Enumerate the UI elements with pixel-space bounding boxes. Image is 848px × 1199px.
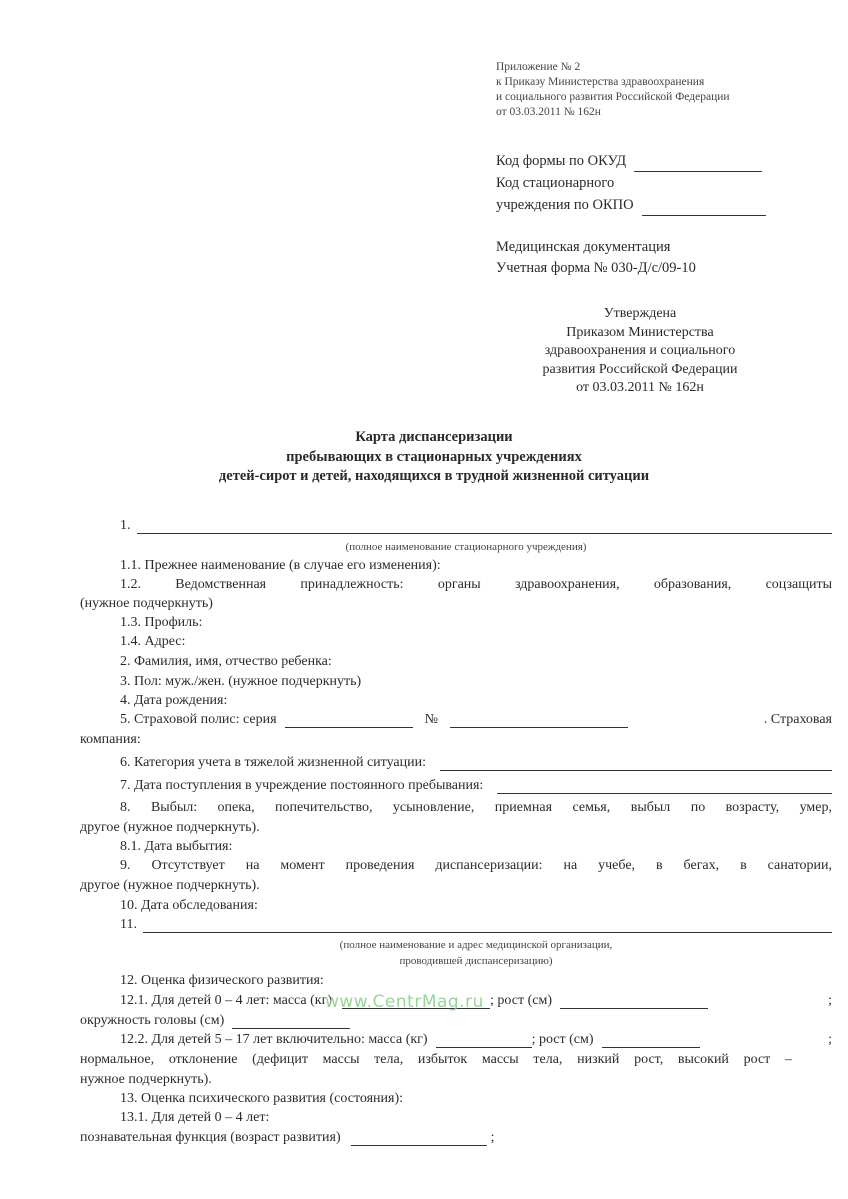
appendix-line: и социального развития Российской Федера… [496,90,730,105]
hardship-category-field[interactable] [440,756,832,771]
okpo-label-2: учреждения по ОКПО [496,194,634,216]
field-11-row: 11. [80,917,832,933]
field-9a: 9. Отсутствует на момент проведения дисп… [80,858,832,874]
field-1-number: 1. [120,518,131,534]
field-1-row: 1. [80,518,832,534]
meddoc-line2: Учетная форма № 030-Д/с/09-10 [496,258,696,279]
field-11-number: 11. [120,917,137,933]
field-1-1: 1.1. Прежнее наименование (в случае его … [80,558,832,574]
okpo-field[interactable] [642,201,766,216]
watermark: www.CentrMag.ru [325,992,484,1012]
field-12-2c: нужное подчеркнуть). [80,1072,792,1088]
field-12-2-height-label: ; рост (см) [532,1032,594,1048]
height-5-17-field[interactable] [602,1034,700,1048]
field-2: 2. Фамилия, имя, отчество ребенка: [80,654,832,670]
field-10: 10. Дата обследования: [80,898,832,914]
title-line: Карта диспансеризации [60,428,808,448]
title-line: детей-сирот и детей, находящихся в трудн… [60,467,808,487]
field-8a: 8. Выбыл: опека, попечительство, усыновл… [80,800,832,816]
form-codes: Код формы по ОКУД Код стационарного учре… [496,150,766,216]
approval-line: от 03.03.2011 № 162н [500,379,780,398]
appendix-line: к Приказу Министерства здравоохранения [496,75,730,90]
approval-line: развития Российской Федерации [500,361,780,380]
field-1-4: 1.4. Адрес: [80,634,832,650]
head-circumference-field[interactable] [232,1015,350,1029]
field-13-1: 13.1. Для детей 0 – 4 лет: [80,1110,832,1126]
field-6-label: 6. Категория учета в тяжелой жизненной с… [120,755,426,771]
field-12-1-height-label: ; рост (см) [490,993,552,1009]
field-5-row: 5. Страховой полис: серия № . Страховая [80,712,832,728]
field-5-tail: . Страховая [764,712,832,728]
field-12-2-end: ; [828,1032,832,1048]
field-7-label: 7. Дата поступления в учреждение постоян… [120,778,483,794]
approval-line: Приказом Министерства [500,324,780,343]
field-13-1-end: ; [491,1130,495,1146]
field-1-3: 1.3. Профиль: [80,615,832,631]
field-12-1-head-row: окружность головы (см) [80,1013,792,1029]
field-6-row: 6. Категория учета в тяжелой жизненной с… [80,755,832,771]
field-8b: другое (нужное подчеркнуть). [80,820,792,836]
meddoc-line1: Медицинская документация [496,237,696,258]
okud-field[interactable] [634,157,762,172]
field-12-2b: нормальное, отклонение (дефицит массы те… [80,1052,792,1068]
field-12-2-row: 12.2. Для детей 5 – 17 лет включительно:… [80,1032,832,1048]
field-1-caption: (полное наименование стационарного учреж… [80,541,822,553]
approval-block: Утверждена Приказом Министерства здравоо… [500,305,780,398]
field-9b: другое (нужное подчеркнуть). [80,878,792,894]
institution-name-field[interactable] [137,519,833,534]
document-title: Карта диспансеризации пребывающих в стац… [60,428,808,487]
appendix-line: от 03.03.2011 № 162н [496,105,730,120]
field-12: 12. Оценка физического развития: [80,973,832,989]
field-13: 13. Оценка психического развития (состоя… [80,1091,832,1107]
field-13-1-cog-label: познавательная функция (возраст развития… [80,1130,341,1146]
field-4: 4. Дата рождения: [80,693,832,709]
field-12-1-label: 12.1. Для детей 0 – 4 лет: масса (кг) [120,993,332,1009]
okud-label: Код формы по ОКУД [496,150,626,172]
height-0-4-field[interactable] [560,995,708,1009]
admission-date-field[interactable] [497,779,832,794]
appendix-line: Приложение № 2 [496,60,730,75]
medical-org-field[interactable] [143,918,832,933]
okpo-label-1: Код стационарного [496,172,614,194]
policy-series-field[interactable] [285,714,413,728]
field-1-2b: (нужное подчеркнуть) [80,596,792,612]
approval-line: здравоохранения и социального [500,342,780,361]
field-8-1: 8.1. Дата выбытия: [80,839,832,855]
field-7-row: 7. Дата поступления в учреждение постоян… [80,778,832,794]
weight-5-17-field[interactable] [436,1034,532,1048]
field-5-tail2: компания: [80,732,792,748]
field-11-caption1: (полное наименование и адрес медицинской… [80,939,832,951]
appendix-note: Приложение № 2 к Приказу Министерства зд… [496,60,730,120]
policy-number-field[interactable] [450,714,628,728]
medical-documentation: Медицинская документация Учетная форма №… [496,237,696,279]
cognitive-function-field[interactable] [351,1132,487,1146]
field-13-1-cog-row: познавательная функция (возраст развития… [80,1130,792,1146]
field-5-no: № [425,712,438,728]
field-12-2-label: 12.2. Для детей 5 – 17 лет включительно:… [120,1032,428,1048]
field-3: 3. Пол: муж./жен. (нужное подчеркнуть) [80,674,832,690]
approval-line: Утверждена [500,305,780,324]
field-11-caption2: проводившей диспансеризацию) [80,955,832,967]
field-12-1-head-label: окружность головы (см) [80,1013,224,1029]
field-1-2a: 1.2. Ведомственная принадлежность: орган… [80,577,832,593]
field-12-1-end: ; [828,993,832,1009]
field-5-label: 5. Страховой полис: серия [120,712,277,728]
title-line: пребывающих в стационарных учреждениях [60,448,808,468]
